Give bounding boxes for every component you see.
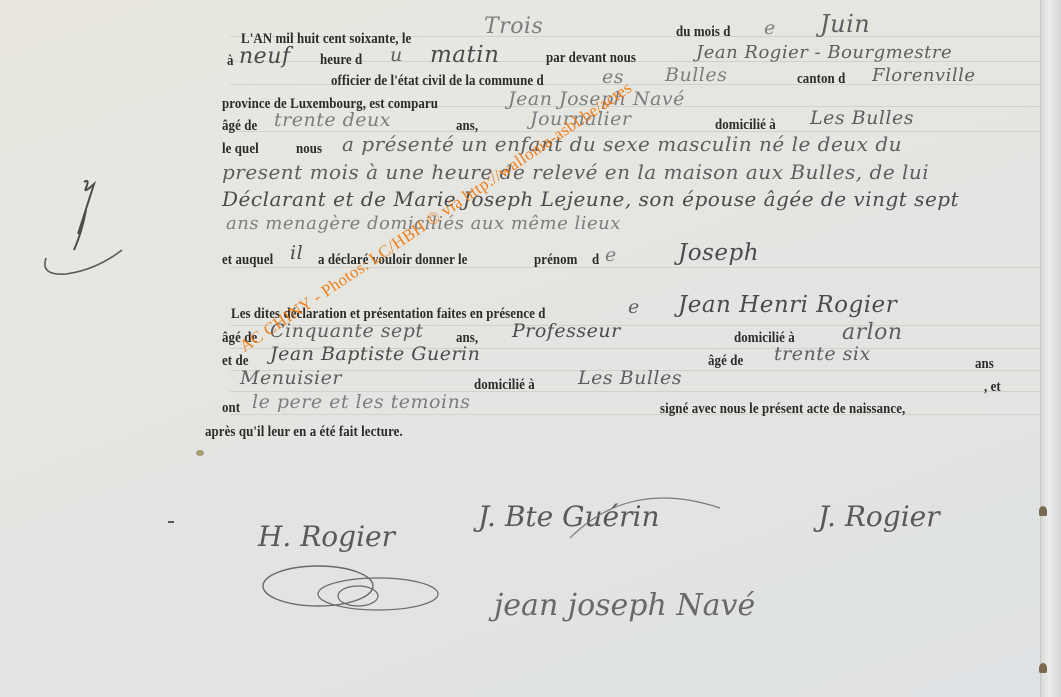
hw-signers: le pere et les temoins	[252, 391, 471, 413]
printed-l15a: ont	[222, 400, 240, 417]
hw-pronoun: il	[290, 242, 303, 264]
hw-prenom: Joseph	[678, 240, 759, 266]
signature-h-rogier: H. Rogier	[258, 520, 395, 553]
signature-guerin-flourish	[560, 488, 730, 548]
hw-line6: a présenté un enfant du sexe masculin né…	[342, 132, 902, 156]
printed-l14a: domicilié à	[474, 377, 535, 394]
printed-l6b: nous	[296, 141, 322, 158]
hw-witness2-age: trente six	[774, 343, 871, 365]
paper-mark	[168, 521, 174, 523]
printed-l15b: signé avec nous le présent acte de naiss…	[660, 401, 905, 418]
hw-prenom-suffix: e	[605, 244, 617, 266]
hw-hour: neuf	[239, 44, 291, 69]
birth-record-page: 7 L'AN mil huit cent soixante, le Trois …	[0, 0, 1061, 697]
binding-pin	[1039, 506, 1047, 516]
margin-number-mark	[40, 170, 130, 290]
hw-witness1-suffix: e	[628, 296, 640, 318]
hw-month-suffix: e	[764, 17, 776, 39]
hw-period: matin	[430, 42, 499, 68]
hw-declarant-domicile: Les Bulles	[810, 107, 914, 129]
binding-pin	[1039, 663, 1047, 673]
printed-l10a: et auquel	[222, 252, 273, 269]
printed-l10d: d	[592, 252, 599, 269]
printed-l16a: après qu'il leur en a été fait lecture.	[205, 424, 403, 441]
hw-month: Juin	[820, 10, 870, 38]
hw-witness2-domicile: Les Bulles	[578, 367, 682, 389]
hw-commune: Bulles	[665, 64, 727, 86]
hw-witness1: Jean Henri Rogier	[678, 292, 897, 318]
hw-declarant-age: trente deux	[274, 109, 391, 131]
hw-canton: Florenville	[872, 65, 976, 86]
rule-line	[230, 414, 1040, 415]
paper-spot	[196, 450, 204, 456]
printed-l13c: ans	[975, 356, 994, 373]
signature-j-rogier: J. Rogier	[818, 500, 940, 533]
printed-l14b: , et	[984, 379, 1001, 396]
printed-l1b: du mois d	[676, 24, 731, 41]
printed-l3b: canton d	[797, 71, 845, 88]
hw-witness2-occupation: Menuisier	[240, 367, 342, 389]
printed-l2b: heure d	[320, 52, 362, 69]
printed-l10c: prénom	[534, 252, 578, 269]
hw-hour-suffix: u	[390, 44, 403, 66]
printed-l2c: par devant nous	[546, 50, 636, 67]
hw-line8: Déclarant et de Marie Joseph Lejeune, so…	[222, 187, 959, 211]
hw-day: Trois	[484, 14, 543, 39]
signature-jean-joseph-nave: jean joseph Navé	[494, 588, 755, 623]
printed-l6a: le quel	[222, 141, 259, 158]
hw-witness1-domicile: arlon	[842, 320, 903, 345]
printed-l2a: à	[227, 53, 234, 70]
page-binding-edge	[1040, 0, 1061, 697]
signature-flourish	[258, 556, 458, 616]
hw-officer: Jean Rogier - Bourgmestre	[696, 42, 952, 63]
printed-l13b: âgé de	[708, 353, 743, 370]
hw-witness1-occupation: Professeur	[512, 320, 621, 342]
hw-line7: present mois à une heure de relevé en la…	[222, 160, 929, 184]
printed-l5a: âgé de	[222, 118, 257, 135]
hw-witness2: Jean Baptiste Guerin	[270, 343, 480, 365]
